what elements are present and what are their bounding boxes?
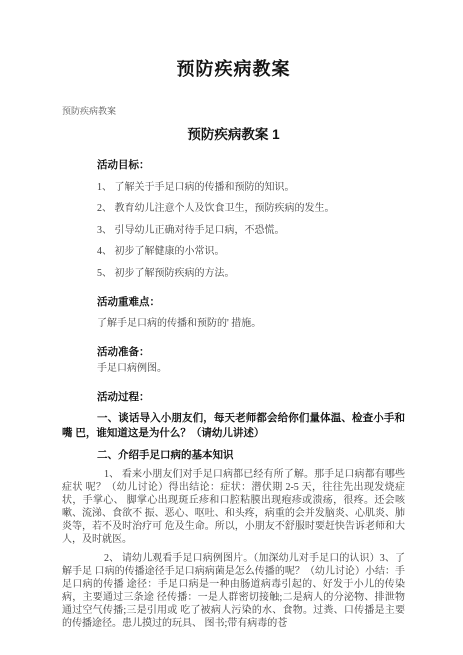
process-step-2: 二、介绍手足口病的基本知识 xyxy=(97,449,405,462)
goal-item: 4、 初步了解健康的小常识。 xyxy=(97,245,405,258)
key-points-heading: 活动重难点： xyxy=(97,296,405,309)
document-content: 预防疾病教案 预防疾病教案 预防疾病教案 1 活动目标： 1、 了解关于手足口病… xyxy=(0,0,463,630)
key-points-text: 了解手足口病的传播和预防的' 措施。 xyxy=(97,317,405,330)
header-note: 预防疾病教案 xyxy=(62,106,405,117)
preparation-heading: 活动准备： xyxy=(97,346,405,359)
goal-item: 1、 了解关于手足口病的传播和预防的知识。 xyxy=(97,181,405,194)
body-paragraph-2: 2、 请幼儿观看手足口病例图片。（加深幼儿对手足口的认识）3、了解手足 口病的传… xyxy=(62,552,405,630)
goals-heading: 活动目标： xyxy=(97,159,405,172)
document-title: 预防疾病教案 xyxy=(62,58,405,80)
process-step-1: 一、谈话导入小朋友们，每天老师都会给你们量体温、检查小手和嘴 巴，谁知道这是为什… xyxy=(62,411,405,442)
section-title: 预防疾病教案 1 xyxy=(62,126,405,143)
goal-item: 2、 教育幼儿注意个人及饮食卫生，预防疾病的发生。 xyxy=(97,202,405,215)
body-paragraph-1: 1、 看来小朋友们对手足口病都已经有所了解。那手足口病都有哪些症状 呢？（幼儿讨… xyxy=(62,468,405,546)
document-page: 预防疾病教案 预防疾病教案 预防疾病教案 1 活动目标： 1、 了解关于手足口病… xyxy=(0,0,463,655)
process-heading: 活动过程： xyxy=(97,391,405,404)
goal-item: 3、 引导幼儿正确对待手足口病，不恐慌。 xyxy=(97,224,405,237)
goal-item: 5、 初步了解预防疾病的方法。 xyxy=(97,267,405,280)
preparation-text: 手足口病例图。 xyxy=(97,362,405,375)
